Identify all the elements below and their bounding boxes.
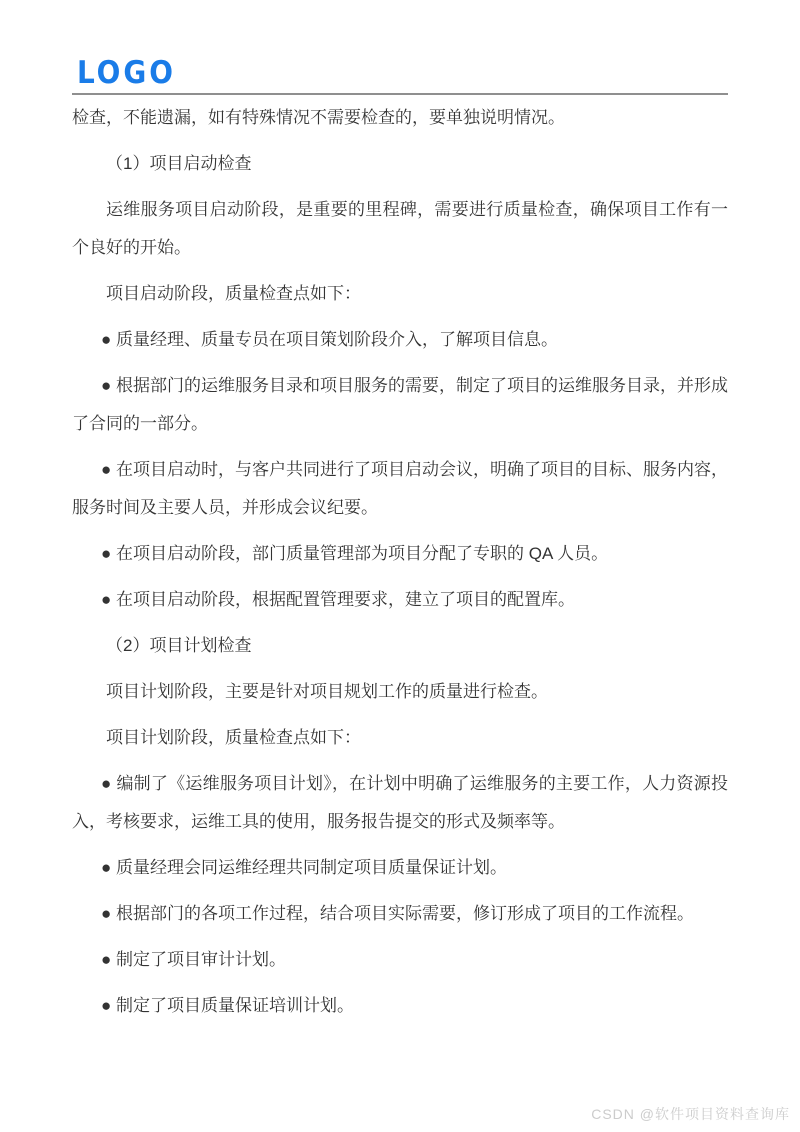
bullet-icon: ●	[101, 544, 116, 563]
bullet-icon: ●	[101, 904, 116, 923]
bullet-icon: ●	[101, 996, 116, 1015]
bullet-icon: ●	[101, 376, 116, 395]
bullet-item: ● 根据部门的运维服务目录和项目服务的需要，制定了项目的运维服务目录，并形成了合…	[72, 367, 728, 443]
page-header: LOGO	[72, 0, 728, 95]
bullet-item: ● 根据部门的各项工作过程，结合项目实际需要，修订形成了项目的工作流程。	[72, 895, 728, 933]
paragraph: 项目计划阶段，主要是针对项目规划工作的质量进行检查。	[72, 673, 728, 711]
section-heading: （2）项目计划检查	[72, 627, 728, 665]
bullet-item: ● 制定了项目质量保证培训计划。	[72, 987, 728, 1025]
bullet-item: ● 编制了《运维服务项目计划》，在计划中明确了运维服务的主要工作，人力资源投入，…	[72, 765, 728, 841]
bullet-icon: ●	[101, 774, 116, 793]
paragraph: 运维服务项目启动阶段，是重要的里程碑，需要进行质量检查，确保项目工作有一个良好的…	[72, 191, 728, 267]
section-heading: （1）项目启动检查	[72, 145, 728, 183]
bullet-icon: ●	[101, 590, 116, 609]
bullet-item: ● 在项目启动阶段，根据配置管理要求，建立了项目的配置库。	[72, 581, 728, 619]
bullet-item: ● 质量经理、质量专员在项目策划阶段介入，了解项目信息。	[72, 321, 728, 359]
company-logo: LOGO	[77, 56, 176, 90]
document-body: 检查，不能遗漏，如有特殊情况不需要检查的，要单独说明情况。（1）项目启动检查运维…	[72, 95, 728, 1025]
bullet-icon: ●	[101, 330, 116, 349]
paragraph: 项目计划阶段，质量检查点如下：	[72, 719, 728, 757]
bullet-icon: ●	[101, 858, 116, 877]
bullet-icon: ●	[101, 950, 116, 969]
bullet-item: ● 在项目启动阶段，部门质量管理部为项目分配了专职的 QA 人员。	[72, 535, 728, 573]
watermark-text: CSDN @软件项目资料查询库	[591, 1104, 790, 1124]
document-page: LOGO 检查，不能遗漏，如有特殊情况不需要检查的，要单独说明情况。（1）项目启…	[0, 0, 800, 1132]
paragraph: 项目启动阶段，质量检查点如下：	[72, 275, 728, 313]
bullet-item: ● 制定了项目审计计划。	[72, 941, 728, 979]
bullet-item: ● 在项目启动时，与客户共同进行了项目启动会议，明确了项目的目标、服务内容，服务…	[72, 451, 728, 527]
paragraph: 检查，不能遗漏，如有特殊情况不需要检查的，要单独说明情况。	[72, 99, 728, 137]
bullet-item: ● 质量经理会同运维经理共同制定项目质量保证计划。	[72, 849, 728, 887]
bullet-icon: ●	[101, 460, 116, 479]
